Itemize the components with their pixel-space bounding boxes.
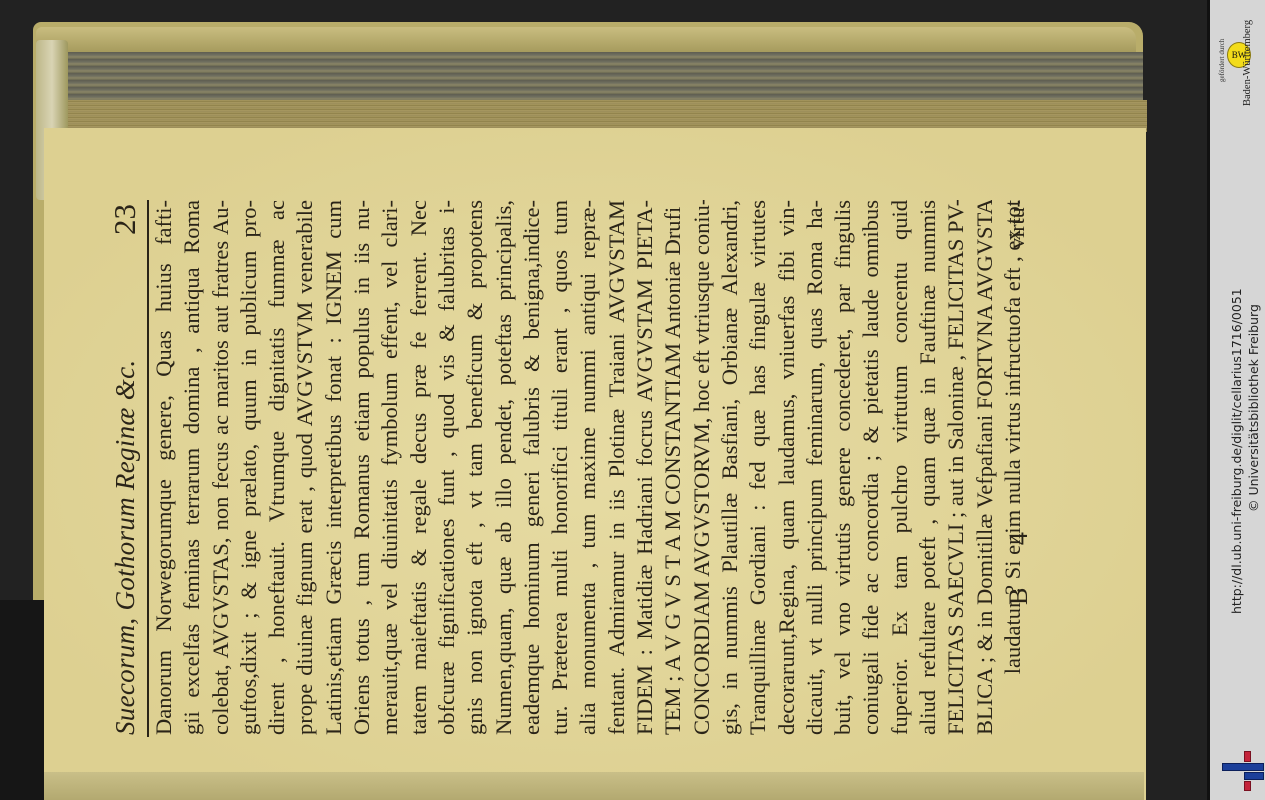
page-number: 23 (107, 200, 143, 235)
text-line: tatem maieftatis & regale decus præ fe f… (405, 200, 433, 735)
text-line: dicauit, vt nulli principum feminarum, q… (801, 200, 829, 735)
text-line: decorarunt,Regina, quam laudamus, vniuer… (773, 200, 801, 735)
sponsor-name: Baden-Württemberg (1242, 20, 1253, 106)
text-line: tur. Præterea multi honorifici tituli er… (546, 200, 574, 735)
text-line: Numen,quam, quæ ab illo pendet, poteftas… (490, 200, 518, 735)
text-line: buit, vel vno virtutis genere concederet… (829, 200, 857, 735)
text-line: guftos,dixit ; & igne prælato, quum in p… (235, 200, 263, 735)
text-line: prope diuinæ fignum erat , quod AVGVSTVM… (291, 200, 319, 735)
running-title: Suecorum, Gothorum Reginæ &c. (110, 360, 141, 735)
text-line: gii excelfas feminas terrarum domina , a… (178, 200, 206, 735)
catchword: virtu- (1004, 200, 1030, 249)
sponsor-label: gefördert durch (1218, 39, 1226, 82)
text-line: fuperior. Ex tam pulchro virtutum concen… (886, 200, 914, 735)
book-cover-top-edge (36, 27, 1136, 53)
text-line: FIDEM : Matidiæ Hadriani focrus AVGVSTAM… (631, 200, 659, 735)
copyright-notice: © Universitätsbibliothek Freiburg (1246, 304, 1261, 512)
text-line: gis, in nummis Plautillæ Basfiani, Orbia… (716, 200, 744, 735)
text-line: BLICA ; & in Domitillæ Vefpafiani FORTVN… (971, 200, 999, 735)
ub-freiburg-logo-icon (1220, 748, 1262, 792)
background-strip (0, 600, 44, 800)
viewer-sidebar: gefördert durch BW Baden-Württemberg htt… (1207, 0, 1265, 800)
text-line: dirent , honeftauit. Vtrumque dignitatis… (263, 200, 291, 735)
text-line: CONCORDIAM AVGVSTORVM, hoc eft vtriusque… (688, 200, 716, 735)
sponsor-block: gefördert durch BW Baden-Württemberg (1210, 0, 1265, 110)
text-line: TEM ; A V G V S T A M CONSTANTIAM Antoni… (659, 200, 687, 735)
text-line: laudatur ? Si enim nulla virtus infructu… (999, 200, 1027, 735)
page-fold (44, 772, 1144, 800)
page-text-block: Suecorum, Gothorum Reginæ &c. 23 Danorum… (102, 195, 1032, 755)
text-line: eademque hominum generi falubris & benig… (518, 200, 546, 735)
text-line: Danorum Norwegorumque genere, Quas huius… (150, 200, 178, 735)
permalink-url[interactable]: http://dl.ub.uni-freiburg.de/diglit/cell… (1229, 288, 1244, 614)
text-line: gnis non ignota eft , vt tam beneficum &… (461, 200, 489, 735)
text-line: Tranquillinæ Gordiani : fed quæ has fing… (744, 200, 772, 735)
text-line: FELICITAS SAECVLI ; aut in Saloninæ , FE… (942, 200, 970, 735)
text-line: merauit,quæ vel diuinitatis fymbolum eff… (376, 200, 404, 735)
signature-mark: B 4 (1004, 514, 1034, 605)
text-line: colebat, AVGVSTAS, non fecus ac maritos … (207, 200, 235, 735)
text-line: obfcuræ fignificationes funt , quod vis … (433, 200, 461, 735)
text-line: aliud refultare poteft , quam quæ in Fau… (914, 200, 942, 735)
text-line: alia monumenta , tum maxime nummi antiqu… (574, 200, 602, 735)
text-line: coniugali fide ac concordia ; & pietatis… (857, 200, 885, 735)
scan-viewport: Suecorum, Gothorum Reginæ &c. 23 Danorum… (0, 0, 1207, 800)
running-head: Suecorum, Gothorum Reginæ &c. 23 (102, 200, 148, 735)
head-rule (147, 200, 149, 737)
body-text: Danorum Norwegorumque genere, Quas huius… (150, 200, 1027, 735)
text-line: Oriens totus , tum Romanus etiam populus… (348, 200, 376, 735)
text-line: Latinis,etiam Græcis interpretibus fonat… (320, 200, 348, 735)
text-line: fentant. Admiramur in iis Plotinæ Traian… (603, 200, 631, 735)
